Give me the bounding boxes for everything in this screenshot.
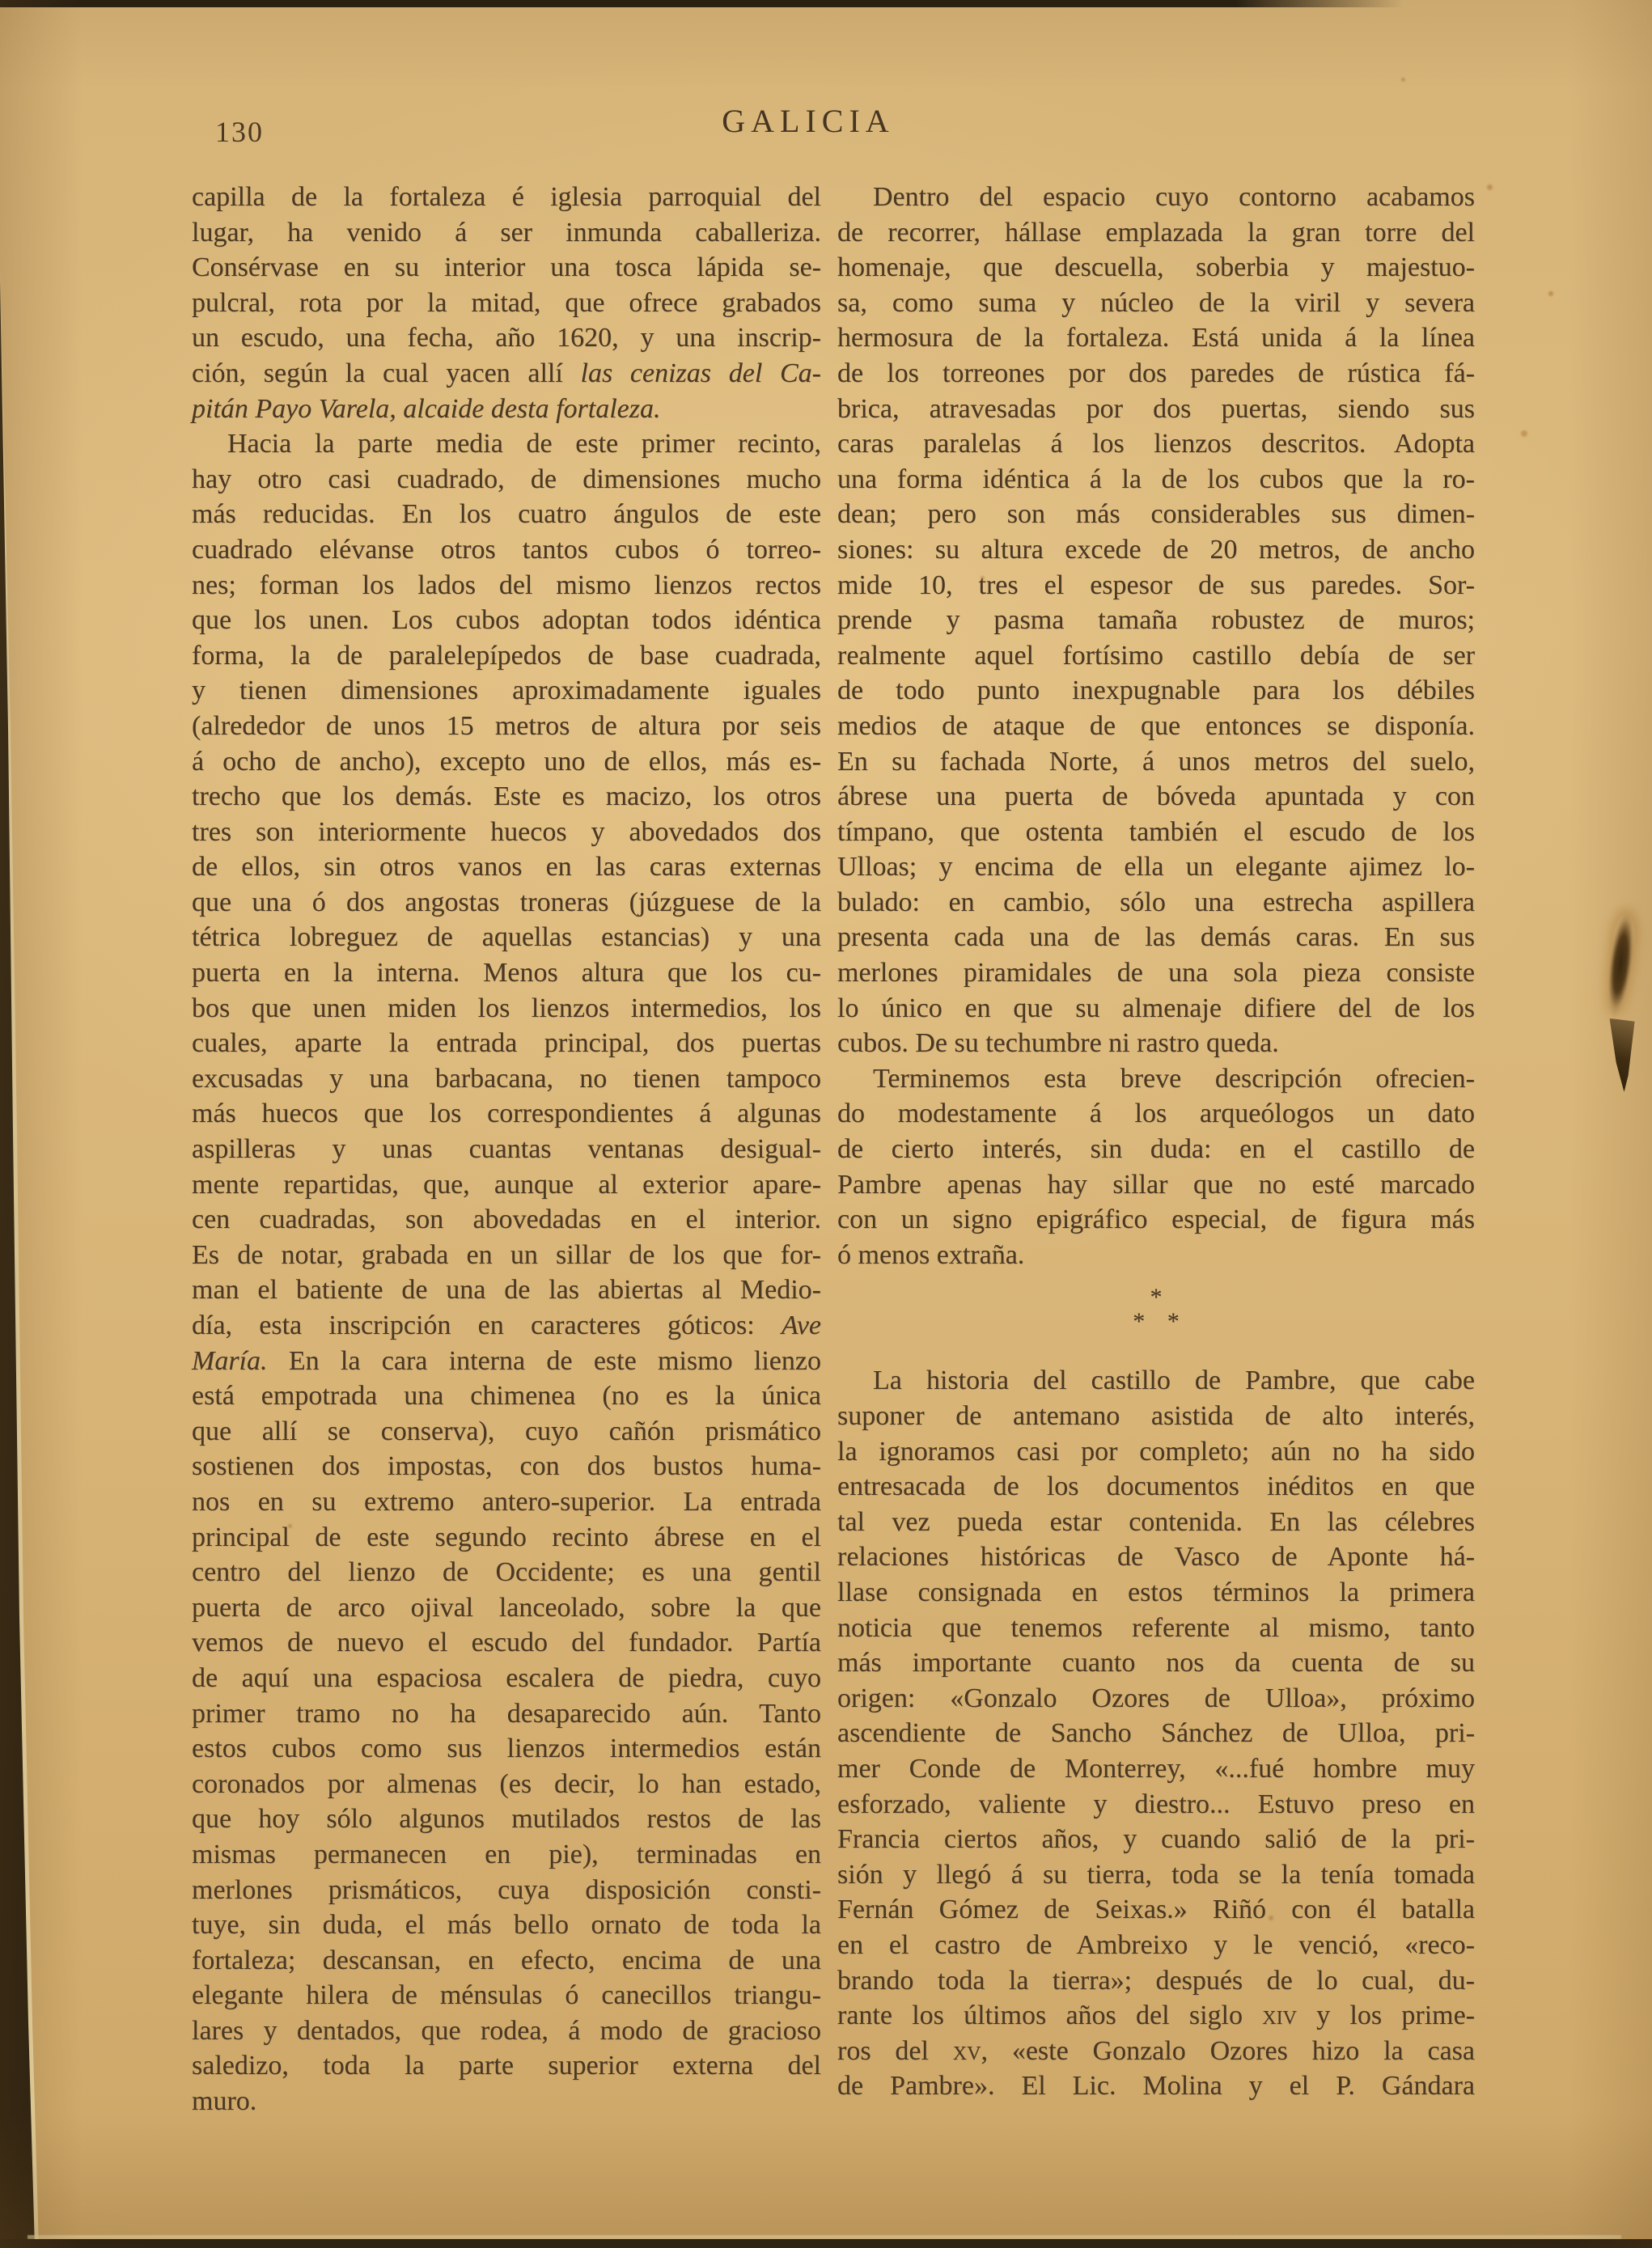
text-segment: más importante cuanto nos da cuenta de s… bbox=[837, 1648, 1475, 1678]
text-segment: más huecos que los correspondientes á al… bbox=[192, 1099, 821, 1128]
text-segment: y los prime- bbox=[1297, 2000, 1475, 2030]
text-line: sostienen dos impostas, con dos bustos h… bbox=[192, 1449, 821, 1484]
text-line: cuadrado elévanse otros tantos cubos ó t… bbox=[192, 532, 821, 568]
text-line: tímpano, que ostenta también el escudo d… bbox=[837, 815, 1475, 850]
foxing-speck bbox=[1269, 1916, 1273, 1920]
text-segment: hermosura de la fortaleza. Está unida á … bbox=[837, 323, 1475, 353]
text-line: Pambre apenas hay sillar que no esté mar… bbox=[837, 1167, 1475, 1203]
text-line: en el castro de Ambreixo y le venció, «r… bbox=[837, 1928, 1475, 1963]
text-line: cuales, aparte la entrada principal, dos… bbox=[192, 1026, 821, 1061]
text-segment: tuye, sin duda, el más bello ornato de t… bbox=[192, 1910, 821, 1940]
text-line: llase consignada en estos términos la pr… bbox=[837, 1575, 1475, 1611]
italic-text-segment: María. bbox=[192, 1346, 268, 1376]
text-segment: un escudo, una fecha, año 1620, y una in… bbox=[192, 323, 821, 353]
italic-text-segment: pitán Payo Varela, alcaide desta fortale… bbox=[192, 394, 661, 424]
text-segment: homenaje, que descuella, soberbia y maje… bbox=[837, 252, 1475, 282]
text-line: Francia ciertos años, y cuando salió de … bbox=[837, 1822, 1475, 1857]
text-line: brando toda la tierra»; después de lo cu… bbox=[837, 1963, 1475, 1999]
text-segment: la ignoramos casi por completo; aún no h… bbox=[837, 1437, 1475, 1467]
text-line: principal de este segundo recinto ábrese… bbox=[192, 1520, 821, 1556]
ink-blot-mark bbox=[1603, 1017, 1643, 1093]
text-segment: que una ó dos angostas troneras (júzgues… bbox=[192, 887, 821, 917]
text-segment: de aquí una espaciosa escalera de piedra… bbox=[192, 1663, 821, 1693]
text-segment: elegante hilera de ménsulas ó canecillos… bbox=[192, 1980, 821, 2010]
text-line: bulado: en cambio, sólo una estrecha asp… bbox=[837, 885, 1475, 921]
text-segment: coronados por almenas (es decir, lo han … bbox=[192, 1769, 821, 1799]
text-segment: merlones prismáticos, cuya disposición c… bbox=[192, 1875, 821, 1905]
text-segment: , «este Gonzalo Ozores hizo la casa bbox=[981, 2036, 1475, 2066]
text-line: puerta en la interna. Menos altura que l… bbox=[192, 955, 821, 991]
text-segment: que hoy sólo algunos mutilados restos de… bbox=[192, 1804, 821, 1834]
text-line: sa, como suma y núcleo de la viril y sev… bbox=[837, 286, 1475, 321]
text-line: hermosura de la fortaleza. Está unida á … bbox=[837, 320, 1475, 356]
text-segment: llase consignada en estos términos la pr… bbox=[837, 1577, 1475, 1607]
text-segment: muro. bbox=[192, 2086, 256, 2116]
italic-text-segment: las cenizas del Ca- bbox=[581, 358, 821, 388]
text-segment: sa, como suma y núcleo de la viril y sev… bbox=[837, 288, 1475, 318]
text-segment: merlones piramidales de una sola pieza c… bbox=[837, 958, 1475, 988]
text-segment: ros del bbox=[837, 2036, 953, 2066]
text-line: (alrededor de unos 15 metros de altura p… bbox=[192, 709, 821, 744]
text-segment: tímpano, que ostenta también el escudo d… bbox=[837, 817, 1475, 847]
text-segment: vemos de nuevo el escudo del fundador. P… bbox=[192, 1628, 821, 1657]
text-line: de cierto interés, sin duda: en el casti… bbox=[837, 1132, 1475, 1167]
text-segment: lugar, ha venido á ser inmunda caballeri… bbox=[192, 218, 821, 248]
text-segment: Consérvase en su interior una tosca lápi… bbox=[192, 252, 821, 282]
text-line: lo único en que su almenaje difiere del … bbox=[837, 991, 1475, 1027]
text-segment: una forma idéntica á la de los cubos que… bbox=[837, 464, 1475, 494]
text-segment: con un signo epigráfico especial, de fig… bbox=[837, 1204, 1475, 1234]
text-segment: hay otro casi cuadrado, de dimensiones m… bbox=[192, 464, 821, 494]
text-line: vemos de nuevo el escudo del fundador. P… bbox=[192, 1625, 821, 1661]
text-line: man el batiente de una de las abiertas a… bbox=[192, 1272, 821, 1308]
text-segment: nes; forman los lados del mismo lienzos … bbox=[192, 570, 821, 600]
text-line: Terminemos esta breve descripción ofreci… bbox=[837, 1061, 1475, 1097]
text-line: está empotrada una chimenea (no es la ún… bbox=[192, 1378, 821, 1414]
text-segment: brica, atravesadas por dos puertas, sien… bbox=[837, 394, 1475, 424]
text-segment: primer tramo no ha desaparecido aún. Tan… bbox=[192, 1699, 821, 1729]
text-segment: de recorrer, hállase emplazada la gran t… bbox=[837, 218, 1475, 248]
running-header: GALICIA bbox=[0, 102, 1634, 140]
text-line: dean; pero son más considerables sus dim… bbox=[837, 497, 1475, 532]
text-line: merlones piramidales de una sola pieza c… bbox=[837, 955, 1475, 991]
text-segment: cubos. De su techumbre ni rastro queda. bbox=[837, 1028, 1279, 1058]
smallcaps-text-segment: xv bbox=[953, 2036, 981, 2066]
text-segment: mide 10, tres el espesor de sus paredes.… bbox=[837, 570, 1475, 600]
text-line: ros del xv, «este Gonzalo Ozores hizo la… bbox=[837, 2034, 1475, 2069]
text-line: sión y llegó á su tierra, toda se la ten… bbox=[837, 1857, 1475, 1893]
text-segment: ábrese una puerta de bóveda apuntada y c… bbox=[837, 781, 1475, 811]
text-line: más importante cuanto nos da cuenta de s… bbox=[837, 1645, 1475, 1681]
text-segment: mismas permanecen en pie), terminadas en bbox=[192, 1839, 821, 1869]
text-line: que los unen. Los cubos adoptan todos id… bbox=[192, 603, 821, 638]
text-line: tres son interiormente huecos y abovedad… bbox=[192, 815, 821, 850]
text-line: mer Conde de Monterrey, «...fué hombre m… bbox=[837, 1751, 1475, 1787]
foxing-speck bbox=[1521, 430, 1527, 437]
text-line: de ellos, sin otros vanos en las caras e… bbox=[192, 849, 821, 885]
text-line: pulcral, rota por la mitad, que ofrece g… bbox=[192, 286, 821, 321]
text-line: tuye, sin duda, el más bello ornato de t… bbox=[192, 1907, 821, 1943]
text-segment: sión y llegó á su tierra, toda se la ten… bbox=[837, 1860, 1475, 1890]
text-segment: día, esta inscripción en caracteres góti… bbox=[192, 1310, 782, 1340]
text-segment: dean; pero son más considerables sus dim… bbox=[837, 499, 1475, 529]
text-line: centro del lienzo de Occidente; es una g… bbox=[192, 1555, 821, 1590]
text-line: mide 10, tres el espesor de sus paredes.… bbox=[837, 568, 1475, 603]
text-segment: do modestamente á los arqueólogos un dat… bbox=[837, 1099, 1475, 1128]
text-segment: cuadrado elévanse otros tantos cubos ó t… bbox=[192, 535, 821, 565]
text-line: de los torreones por dos paredes de rúst… bbox=[837, 356, 1475, 392]
text-segment: suponer de antemano asistida de alto int… bbox=[837, 1401, 1475, 1431]
text-segment: mer Conde de Monterrey, «...fué hombre m… bbox=[837, 1754, 1475, 1784]
text-segment: pulcral, rota por la mitad, que ofrece g… bbox=[192, 288, 821, 318]
text-segment: bulado: en cambio, sólo una estrecha asp… bbox=[837, 887, 1475, 917]
text-line: ó menos extraña. bbox=[837, 1238, 1475, 1273]
text-line: día, esta inscripción en caracteres góti… bbox=[192, 1308, 821, 1344]
text-line: ascendiente de Sancho Sánchez de Ulloa, … bbox=[837, 1716, 1475, 1751]
text-segment: estos cubos como sus lienzos intermedios… bbox=[192, 1734, 821, 1763]
text-segment: mente repartidas, que, aunque al exterio… bbox=[192, 1170, 821, 1200]
text-line: Es de notar, grabada en un sillar de los… bbox=[192, 1238, 821, 1273]
foxing-speck bbox=[1548, 291, 1553, 296]
text-segment: bos que unen miden los lienzos intermedi… bbox=[192, 993, 821, 1023]
text-line: que hoy sólo algunos mutilados restos de… bbox=[192, 1801, 821, 1837]
text-segment: entresacada de los documentos inéditos e… bbox=[837, 1471, 1475, 1501]
text-line: estos cubos como sus lienzos intermedios… bbox=[192, 1731, 821, 1767]
text-segment: tres son interiormente huecos y abovedad… bbox=[192, 817, 821, 847]
text-segment: La historia del castillo de Pambre, que … bbox=[873, 1365, 1475, 1395]
text-line: que una ó dos angostas troneras (júzgues… bbox=[192, 885, 821, 921]
text-segment: trecho que los demás. Este es macizo, lo… bbox=[192, 781, 821, 811]
text-line: entresacada de los documentos inéditos e… bbox=[837, 1469, 1475, 1505]
text-segment: ascendiente de Sancho Sánchez de Ulloa, … bbox=[837, 1718, 1475, 1748]
text-line: tal vez pueda estar contenida. En las cé… bbox=[837, 1505, 1475, 1540]
text-segment: de ellos, sin otros vanos en las caras e… bbox=[192, 852, 821, 882]
text-line: siones: su altura excede de 20 metros, d… bbox=[837, 532, 1475, 568]
text-line: caras paralelas á los lienzos descritos.… bbox=[837, 426, 1475, 462]
text-segment: que los unen. Los cubos adoptan todos id… bbox=[192, 605, 821, 635]
text-segment: más reducidas. En los cuatro ángulos de … bbox=[192, 499, 821, 529]
text-line: ábrese una puerta de bóveda apuntada y c… bbox=[837, 779, 1475, 815]
text-line: muro. bbox=[192, 2084, 821, 2119]
text-line: origen: «Gonzalo Ozores de Ulloa», próxi… bbox=[837, 1681, 1475, 1717]
text-line: do modestamente á los arqueólogos un dat… bbox=[837, 1096, 1475, 1132]
text-segment: En su fachada Norte, á unos metros del s… bbox=[837, 747, 1475, 777]
text-line: realmente aquel fortísimo castillo debía… bbox=[837, 638, 1475, 674]
text-segment: nos en su extremo antero-superior. La en… bbox=[192, 1487, 821, 1517]
text-segment: Francia ciertos años, y cuando salió de … bbox=[837, 1824, 1475, 1854]
text-line: cen cuadradas, son abovedadas en el inte… bbox=[192, 1202, 821, 1238]
text-segment: está empotrada una chimenea (no es la ún… bbox=[192, 1381, 821, 1411]
text-segment: brando toda la tierra»; después de lo cu… bbox=[837, 1966, 1475, 1996]
text-segment: cen cuadradas, son abovedadas en el inte… bbox=[192, 1204, 821, 1234]
text-line: elegante hilera de ménsulas ó canecillos… bbox=[192, 1978, 821, 2013]
text-segment: tal vez pueda estar contenida. En las cé… bbox=[837, 1507, 1475, 1537]
text-segment: (alrededor de unos 15 metros de altura p… bbox=[192, 711, 821, 741]
text-segment: esforzado, valiente y diestro... Estuvo … bbox=[837, 1789, 1475, 1819]
text-line: nos en su extremo antero-superior. La en… bbox=[192, 1484, 821, 1520]
text-segment: ción, según la cual yacen allí bbox=[192, 358, 581, 388]
text-segment: Dentro del espacio cuyo contorno acabamo… bbox=[873, 182, 1475, 212]
text-segment: que allí se conserva), cuyo cañón prismá… bbox=[192, 1416, 821, 1446]
text-segment: Es de notar, grabada en un sillar de los… bbox=[192, 1240, 821, 1270]
text-line: Dentro del espacio cuyo contorno acabamo… bbox=[837, 180, 1475, 215]
text-segment: capilla de la fortaleza é iglesia parroq… bbox=[192, 182, 821, 212]
text-segment: realmente aquel fortísimo castillo debía… bbox=[837, 641, 1475, 671]
text-line: relaciones históricas de Vasco de Aponte… bbox=[837, 1539, 1475, 1575]
text-line: homenaje, que descuella, soberbia y maje… bbox=[837, 250, 1475, 286]
text-line: En su fachada Norte, á unos metros del s… bbox=[837, 744, 1475, 780]
ink-blot-mark bbox=[1603, 913, 1637, 1018]
text-segment: rante los últimos años del siglo bbox=[837, 2000, 1262, 2030]
text-segment: centro del lienzo de Occidente; es una g… bbox=[192, 1557, 821, 1587]
text-segment: aspilleras y unas cuantas ventanas desig… bbox=[192, 1134, 821, 1164]
text-line: Hacia la parte media de este primer reci… bbox=[192, 426, 821, 462]
text-line: noticia que tenemos referente al mismo, … bbox=[837, 1611, 1475, 1646]
scan-border-bottom bbox=[0, 2239, 1652, 2248]
text-segment: saledizo, toda la parte superior externa… bbox=[192, 2051, 821, 2081]
text-segment: de Pambre». El Lic. Molina y el P. Gánda… bbox=[837, 2071, 1475, 2101]
foxing-speck bbox=[981, 576, 985, 580]
foxing-speck bbox=[1401, 78, 1405, 82]
text-segment: de todo punto inexpugnable para los débi… bbox=[837, 675, 1475, 705]
text-line: coronados por almenas (es decir, lo han … bbox=[192, 1767, 821, 1802]
text-line: de Pambre». El Lic. Molina y el P. Gánda… bbox=[837, 2068, 1475, 2104]
text-line: mismas permanecen en pie), terminadas en bbox=[192, 1837, 821, 1873]
text-line: Fernán Gómez de Seixas.» Riñó con él bat… bbox=[837, 1892, 1475, 1928]
text-line: lugar, ha venido á ser inmunda caballeri… bbox=[192, 215, 821, 251]
text-line: forma, la de paralelepípedos de base cua… bbox=[192, 638, 821, 674]
text-line: hay otro casi cuadrado, de dimensiones m… bbox=[192, 462, 821, 497]
text-line: rante los últimos años del siglo xiv y l… bbox=[837, 1998, 1475, 2034]
text-line: La historia del castillo de Pambre, que … bbox=[837, 1363, 1475, 1399]
text-segment: Ulloas; y encima de ella un elegante aji… bbox=[837, 852, 1475, 882]
foxing-speck bbox=[1487, 184, 1493, 190]
left-text-column: capilla de la fortaleza é iglesia parroq… bbox=[192, 180, 821, 2119]
text-line: merlones prismáticos, cuya disposición c… bbox=[192, 1873, 821, 1908]
text-line: primer tramo no ha desaparecido aún. Tan… bbox=[192, 1696, 821, 1732]
text-line: pitán Payo Varela, alcaide desta fortale… bbox=[192, 392, 821, 427]
text-line: cubos. De su techumbre ni rastro queda. bbox=[837, 1026, 1475, 1061]
text-line: nes; forman los lados del mismo lienzos … bbox=[192, 568, 821, 603]
text-segment: prende y pasma tamaña robustez de muros; bbox=[837, 605, 1475, 635]
text-line: excusadas y una barbacana, no tienen tam… bbox=[192, 1061, 821, 1097]
text-line: más reducidas. En los cuatro ángulos de … bbox=[192, 497, 821, 532]
text-segment: siones: su altura excede de 20 metros, d… bbox=[837, 535, 1475, 565]
text-line: mente repartidas, que, aunque al exterio… bbox=[192, 1167, 821, 1203]
text-line: y tienen dimensiones aproximadamente igu… bbox=[192, 673, 821, 709]
text-line: que allí se conserva), cuyo cañón prismá… bbox=[192, 1414, 821, 1450]
text-segment: caras paralelas á los lienzos descritos.… bbox=[837, 429, 1475, 459]
text-line: bos que unen miden los lienzos intermedi… bbox=[192, 991, 821, 1027]
text-segment: á ocho de ancho), excepto uno de ellos, … bbox=[192, 747, 821, 777]
text-segment: man el batiente de una de las abiertas a… bbox=[192, 1275, 821, 1305]
text-segment: lo único en que su almenaje difiere del … bbox=[837, 993, 1475, 1023]
text-segment: Hacia la parte media de este primer reci… bbox=[227, 429, 821, 459]
foxing-speck bbox=[288, 1524, 292, 1528]
text-segment: en el castro de Ambreixo y le venció, «r… bbox=[837, 1930, 1475, 1960]
italic-text-segment: Ave bbox=[782, 1310, 821, 1340]
text-segment: noticia que tenemos referente al mismo, … bbox=[837, 1613, 1475, 1643]
text-line: brica, atravesadas por dos puertas, sien… bbox=[837, 392, 1475, 427]
text-segment: y tienen dimensiones aproximadamente igu… bbox=[192, 675, 821, 705]
text-line: medios de ataque de que entonces se disp… bbox=[837, 709, 1475, 744]
text-line: más huecos que los correspondientes á al… bbox=[192, 1096, 821, 1132]
text-segment: fortaleza; descansan, en efecto, encima … bbox=[192, 1945, 821, 1975]
text-segment: puerta en la interna. Menos altura que l… bbox=[192, 958, 821, 988]
scan-border-top bbox=[0, 0, 1404, 7]
text-line: aspilleras y unas cuantas ventanas desig… bbox=[192, 1132, 821, 1167]
text-line: de recorrer, hállase emplazada la gran t… bbox=[837, 215, 1475, 251]
text-line: suponer de antemano asistida de alto int… bbox=[837, 1399, 1475, 1434]
text-line: á ocho de ancho), excepto uno de ellos, … bbox=[192, 744, 821, 780]
text-line: con un signo epigráfico especial, de fig… bbox=[837, 1202, 1475, 1238]
text-segment: cuales, aparte la entrada principal, dos… bbox=[192, 1028, 821, 1058]
text-segment: puerta de arco ojival lanceolado, sobre … bbox=[192, 1593, 821, 1623]
text-segment: Fernán Gómez de Seixas.» Riñó con él bat… bbox=[837, 1895, 1475, 1924]
text-segment: presenta cada una de las demás caras. En… bbox=[837, 922, 1475, 952]
text-segment: sostienen dos impostas, con dos bustos h… bbox=[192, 1451, 821, 1481]
text-line: de aquí una espaciosa escalera de piedra… bbox=[192, 1661, 821, 1696]
text-segment: relaciones históricas de Vasco de Aponte… bbox=[837, 1542, 1475, 1572]
text-segment: principal de este segundo recinto ábrese… bbox=[192, 1522, 821, 1552]
text-segment: medios de ataque de que entonces se disp… bbox=[837, 711, 1475, 741]
text-segment: tétrica lobreguez de aquellas estancias)… bbox=[192, 922, 821, 952]
text-segment: de cierto interés, sin duda: en el casti… bbox=[837, 1134, 1475, 1164]
text-segment: de los torreones por dos paredes de rúst… bbox=[837, 358, 1475, 388]
text-segment: En la cara interna de este mismo lienzo bbox=[268, 1346, 822, 1376]
text-line: saledizo, toda la parte superior externa… bbox=[192, 2048, 821, 2084]
text-segment: excusadas y una barbacana, no tienen tam… bbox=[192, 1064, 821, 1094]
asterism-separator: ** * bbox=[837, 1285, 1475, 1334]
text-segment: Terminemos esta breve descripción ofreci… bbox=[873, 1064, 1475, 1094]
text-line: Consérvase en su interior una tosca lápi… bbox=[192, 250, 821, 286]
text-segment: Pambre apenas hay sillar que no esté mar… bbox=[837, 1170, 1475, 1200]
asterisk-row: * * bbox=[837, 1310, 1475, 1334]
text-line: fortaleza; descansan, en efecto, encima … bbox=[192, 1943, 821, 1979]
text-line: capilla de la fortaleza é iglesia parroq… bbox=[192, 180, 821, 215]
text-line: María. En la cara interna de este mismo … bbox=[192, 1344, 821, 1379]
smallcaps-text-segment: xiv bbox=[1262, 2000, 1297, 2030]
text-segment: lares y dentados, que rodea, á modo de g… bbox=[192, 2016, 821, 2046]
text-line: ción, según la cual yacen allí las ceniz… bbox=[192, 356, 821, 392]
text-line: esforzado, valiente y diestro... Estuvo … bbox=[837, 1787, 1475, 1823]
text-line: una forma idéntica á la de los cubos que… bbox=[837, 462, 1475, 497]
text-segment: forma, la de paralelepípedos de base cua… bbox=[192, 641, 821, 671]
text-line: tétrica lobreguez de aquellas estancias)… bbox=[192, 920, 821, 955]
text-line: trecho que los demás. Este es macizo, lo… bbox=[192, 779, 821, 815]
text-line: presenta cada una de las demás caras. En… bbox=[837, 920, 1475, 955]
text-segment: ó menos extraña. bbox=[837, 1240, 1024, 1270]
text-segment: origen: «Gonzalo Ozores de Ulloa», próxi… bbox=[837, 1683, 1475, 1713]
text-line: un escudo, una fecha, año 1620, y una in… bbox=[192, 320, 821, 356]
text-line: de todo punto inexpugnable para los débi… bbox=[837, 673, 1475, 709]
text-line: lares y dentados, que rodea, á modo de g… bbox=[192, 2013, 821, 2049]
book-page-scan: 130 GALICIA capilla de la fortaleza é ig… bbox=[0, 0, 1652, 2248]
text-line: prende y pasma tamaña robustez de muros; bbox=[837, 603, 1475, 638]
asterisk-row: * bbox=[837, 1285, 1475, 1310]
text-line: puerta de arco ojival lanceolado, sobre … bbox=[192, 1590, 821, 1626]
text-line: Ulloas; y encima de ella un elegante aji… bbox=[837, 849, 1475, 885]
text-line: la ignoramos casi por completo; aún no h… bbox=[837, 1434, 1475, 1470]
right-text-column: Dentro del espacio cuyo contorno acabamo… bbox=[837, 180, 1475, 2104]
